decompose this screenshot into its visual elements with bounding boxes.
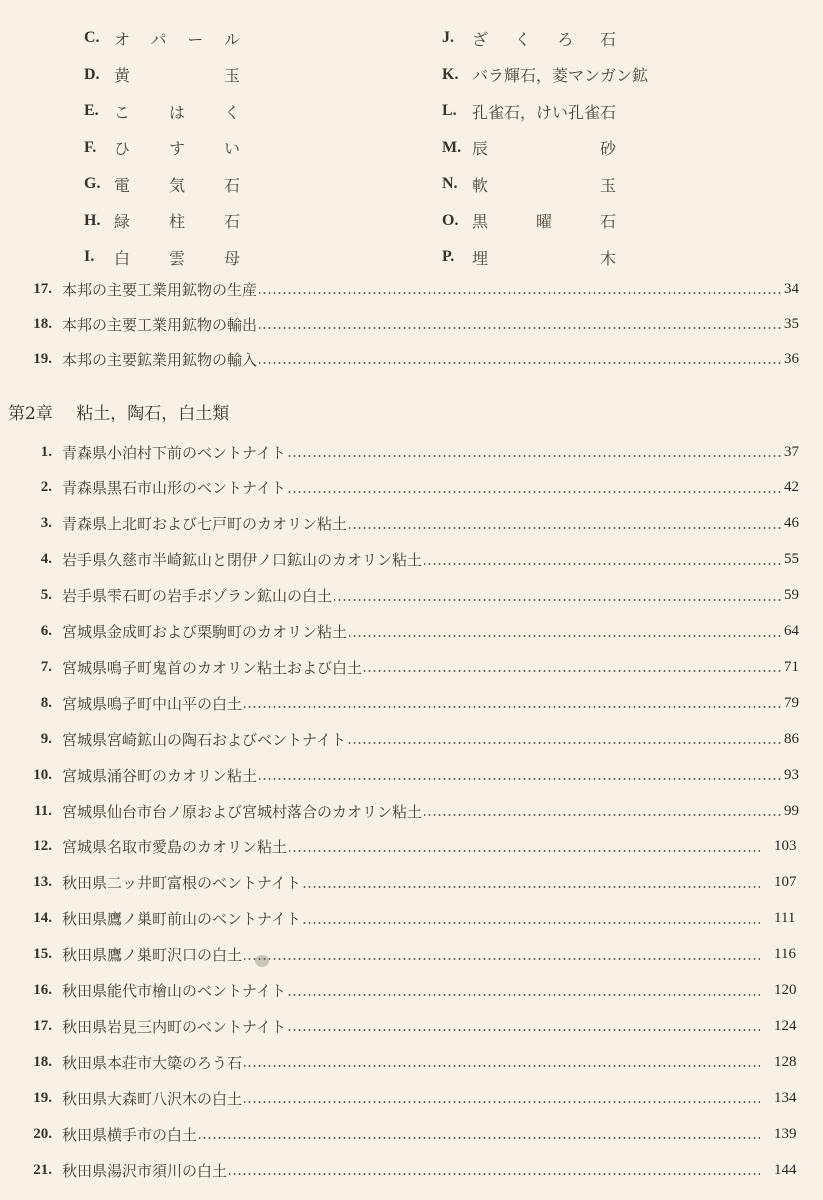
char: は bbox=[169, 100, 185, 123]
mineral-letter: C. bbox=[84, 29, 114, 47]
entry-page-number: 55 bbox=[782, 551, 799, 568]
toc-entry[interactable]: 20.秋田県横手市の白土139 bbox=[0, 1122, 823, 1146]
entry-title: 秋田県大森町八沢木の白土 bbox=[62, 1088, 244, 1109]
char: オ bbox=[114, 27, 130, 50]
toc-entry[interactable]: 13.秋田県二ッ井町富根のベントナイト107 bbox=[0, 871, 823, 895]
mineral-name: 緑 柱 石 bbox=[114, 209, 240, 232]
chapter-heading: 第2章 粘土，陶石，白土類 bbox=[8, 399, 229, 424]
mineral-item: D. 黄 玉 bbox=[84, 57, 240, 94]
entry-page-number: 116 bbox=[772, 946, 796, 963]
entry-number: 17. bbox=[33, 1018, 52, 1035]
toc-entry[interactable]: 2.青森県黒石市山形のベントナイト42 bbox=[0, 476, 823, 500]
mineral-letter: O. bbox=[442, 212, 472, 230]
char: 石 bbox=[600, 209, 616, 232]
entry-page-number: 37 bbox=[782, 444, 799, 461]
char: ひ bbox=[114, 136, 130, 159]
entry-title: 宮城県涌谷町のカオリン粘土 bbox=[62, 765, 259, 786]
mineral-item: C. オ パ ー ル bbox=[84, 20, 240, 57]
mineral-list-left: C. オ パ ー ル D. 黄 玉 E. こ は く F. bbox=[84, 20, 240, 276]
toc-entry[interactable]: 7.宮城県鳴子町鬼首のカオリン粘土および白土71 bbox=[0, 655, 823, 679]
toc-entry[interactable]: 10.宮城県涌谷町のカオリン粘土93 bbox=[0, 763, 823, 787]
entry-number: 13. bbox=[33, 874, 52, 891]
mineral-name: 白 雲 母 bbox=[114, 246, 240, 269]
chapter-label: 第2章 bbox=[8, 404, 53, 424]
entry-title: 本邦の主要工業用鉱物の生産 bbox=[62, 279, 259, 300]
char: 気 bbox=[169, 173, 185, 196]
mineral-letter: N. bbox=[442, 175, 472, 193]
mineral-item: I. 白 雲 母 bbox=[84, 239, 240, 276]
toc-entry[interactable]: 11.宮城県仙台市台ノ原および宮城村落合のカオリン粘土99 bbox=[0, 799, 823, 823]
entry-number: 10. bbox=[33, 767, 52, 784]
entry-title: 青森県上北町および七戸町のカオリン粘土 bbox=[62, 513, 349, 534]
mineral-letter: K. bbox=[442, 66, 472, 84]
char: 曜 bbox=[536, 209, 552, 232]
mineral-letter: L. bbox=[442, 102, 472, 120]
mineral-item: O. 黒 曜 石 bbox=[442, 203, 648, 240]
entry-page-number: 124 bbox=[772, 1018, 797, 1035]
entry-number: 19. bbox=[33, 1090, 52, 1107]
entry-page-number: 144 bbox=[772, 1162, 797, 1179]
entry-title: 岩手県久慈市半崎鉱山と閉伊ノ口鉱山のカオリン粘土 bbox=[62, 549, 424, 570]
toc-entry[interactable]: 1.青森県小泊村下前のベントナイト37 bbox=[0, 440, 823, 464]
toc-entry[interactable]: 14.秋田県鷹ノ巣町前山のベントナイト111 bbox=[0, 907, 823, 931]
char: 石 bbox=[600, 27, 616, 50]
char: 埋 bbox=[472, 246, 488, 269]
entry-page-number: 99 bbox=[782, 803, 799, 820]
entry-page-number: 107 bbox=[772, 874, 797, 891]
char: 母 bbox=[224, 246, 240, 269]
mineral-letter: E. bbox=[84, 102, 114, 120]
char: 白 bbox=[114, 246, 130, 269]
entry-title: 青森県小泊村下前のベントナイト bbox=[62, 442, 288, 463]
toc-entry[interactable]: 17.本邦の主要工業用鉱物の生産34 bbox=[0, 277, 823, 301]
entry-number: 6. bbox=[41, 623, 52, 640]
toc-entry[interactable]: 18.秋田県本荘市大簗のろう石128 bbox=[0, 1050, 823, 1074]
entry-page-number: 64 bbox=[782, 623, 799, 640]
mineral-name: ざ く ろ 石 bbox=[472, 27, 616, 50]
entry-number: 7. bbox=[41, 659, 52, 676]
mineral-name: 黒 曜 石 bbox=[472, 209, 616, 232]
chapter-title: 粘土，陶石，白土類 bbox=[76, 404, 229, 424]
entry-title: 秋田県鷹ノ巣町沢口の白土 bbox=[62, 944, 244, 965]
entry-number: 18. bbox=[33, 1054, 52, 1071]
entry-number: 11. bbox=[34, 803, 52, 820]
entry-title: 本邦の主要鉱業用鉱物の輸入 bbox=[62, 349, 259, 370]
entry-number: 18. bbox=[33, 316, 52, 333]
toc-entry[interactable]: 17.秋田県岩見三内町のベントナイト124 bbox=[0, 1014, 823, 1038]
entry-page-number: 103 bbox=[772, 838, 797, 855]
mineral-name: こ は く bbox=[114, 100, 240, 123]
entry-number: 8. bbox=[41, 695, 52, 712]
mineral-name: 軟 玉 bbox=[472, 173, 616, 196]
entry-number: 9. bbox=[41, 731, 52, 748]
entry-number: 17. bbox=[33, 281, 52, 298]
entry-title: 秋田県鷹ノ巣町前山のベントナイト bbox=[62, 908, 303, 929]
entry-page-number: 59 bbox=[782, 587, 799, 604]
toc-entry[interactable]: 8.宮城県鳴子町中山平の白土79 bbox=[0, 691, 823, 715]
toc-entry[interactable]: 15.秋田県鷹ノ巣町沢口の白土116 bbox=[0, 943, 823, 967]
entry-number: 14. bbox=[33, 910, 52, 927]
entry-page-number: 46 bbox=[782, 515, 799, 532]
entry-page-number: 71 bbox=[782, 659, 799, 676]
toc-entry[interactable]: 6.宮城県金成町および栗駒町のカオリン粘土64 bbox=[0, 620, 823, 644]
mineral-list-right: J. ざ く ろ 石 K. バラ輝石，菱マンガン鉱 L. 孔雀石，けい孔雀石 M… bbox=[442, 20, 648, 276]
toc-entry[interactable]: 16.秋田県能代市檜山のベントナイト120 bbox=[0, 979, 823, 1003]
toc-entry[interactable]: 5.岩手県雫石町の岩手ボゾラン鉱山の白土59 bbox=[0, 584, 823, 608]
char: 辰 bbox=[472, 136, 488, 159]
mineral-item: K. バラ輝石，菱マンガン鉱 bbox=[442, 57, 648, 94]
entry-title: 秋田県岩見三内町のベントナイト bbox=[62, 1016, 288, 1037]
char: ざ bbox=[472, 27, 488, 50]
entry-title: 秋田県横手市の白土 bbox=[62, 1124, 199, 1145]
toc-page: C. オ パ ー ル D. 黄 玉 E. こ は く F. bbox=[0, 0, 823, 1200]
toc-entry[interactable]: 3.青森県上北町および七戸町のカオリン粘土46 bbox=[0, 512, 823, 536]
char: 玉 bbox=[224, 63, 240, 86]
entry-title: 宮城県名取市愛島のカオリン粘土 bbox=[62, 836, 289, 857]
toc-entry[interactable]: 12.宮城県名取市愛島のカオリン粘土103 bbox=[0, 835, 823, 859]
entry-page-number: 128 bbox=[772, 1054, 797, 1071]
entry-title: 本邦の主要工業用鉱物の輸出 bbox=[62, 314, 259, 335]
entry-number: 12. bbox=[33, 838, 52, 855]
entry-page-number: 34 bbox=[782, 281, 799, 298]
char: 軟 bbox=[472, 173, 488, 196]
char: ー bbox=[187, 27, 203, 50]
char: い bbox=[224, 136, 240, 159]
entry-number: 19. bbox=[33, 351, 52, 368]
char: こ bbox=[114, 100, 130, 123]
entry-number: 1. bbox=[41, 444, 52, 461]
char: 石 bbox=[224, 209, 240, 232]
mineral-letter: F. bbox=[84, 139, 114, 157]
mineral-item: N. 軟 玉 bbox=[442, 166, 648, 203]
entry-title: 宮城県鳴子町中山平の白土 bbox=[62, 693, 244, 714]
entry-title: 秋田県本荘市大簗のろう石 bbox=[62, 1052, 244, 1073]
entry-number: 16. bbox=[33, 982, 52, 999]
toc-entry[interactable]: 19.秋田県大森町八沢木の白土134 bbox=[0, 1086, 823, 1110]
entry-title: 秋田県二ッ井町富根のベントナイト bbox=[62, 872, 303, 893]
mineral-item: E. こ は く bbox=[84, 93, 240, 130]
entry-page-number: 36 bbox=[782, 351, 799, 368]
entry-page-number: 79 bbox=[782, 695, 799, 712]
entry-title: 宮城県金成町および栗駒町のカオリン粘土 bbox=[62, 621, 349, 642]
entry-number: 2. bbox=[41, 479, 52, 496]
mineral-item: P. 埋 木 bbox=[442, 239, 648, 276]
toc-entry[interactable]: 19.本邦の主要鉱業用鉱物の輸入36 bbox=[0, 347, 823, 371]
mineral-letter: D. bbox=[84, 66, 114, 84]
entry-number: 21. bbox=[33, 1162, 52, 1179]
toc-entry[interactable]: 4.岩手県久慈市半崎鉱山と閉伊ノ口鉱山のカオリン粘土55 bbox=[0, 548, 823, 572]
mineral-letter: G. bbox=[84, 175, 114, 193]
entry-page-number: 139 bbox=[772, 1126, 797, 1143]
toc-entry[interactable]: 9.宮城県宮崎鉱山の陶石およびベントナイト86 bbox=[0, 727, 823, 751]
mineral-name: オ パ ー ル bbox=[114, 27, 240, 50]
entry-title: 宮城県仙台市台ノ原および宮城村落合のカオリン粘土 bbox=[62, 801, 424, 822]
char: パ bbox=[151, 27, 167, 50]
mineral-letter: I. bbox=[84, 248, 114, 266]
entry-title: 秋田県湯沢市須川の白土 bbox=[62, 1160, 229, 1181]
mineral-item: L. 孔雀石，けい孔雀石 bbox=[442, 93, 648, 130]
entry-page-number: 35 bbox=[782, 316, 799, 333]
char: 砂 bbox=[600, 136, 616, 159]
char: く bbox=[515, 27, 531, 50]
char: 玉 bbox=[600, 173, 616, 196]
char: 黄 bbox=[114, 63, 130, 86]
char: す bbox=[169, 136, 185, 159]
entry-number: 15. bbox=[33, 946, 52, 963]
mineral-letter: H. bbox=[84, 212, 114, 230]
mineral-item: M. 辰 砂 bbox=[442, 130, 648, 167]
mineral-name: バラ輝石，菱マンガン鉱 bbox=[472, 63, 648, 86]
entry-title: 青森県黒石市山形のベントナイト bbox=[62, 477, 288, 498]
char: 緑 bbox=[114, 209, 130, 232]
mineral-item: J. ざ く ろ 石 bbox=[442, 20, 648, 57]
entry-number: 3. bbox=[41, 515, 52, 532]
mineral-letter: M. bbox=[442, 139, 472, 157]
entry-page-number: 111 bbox=[772, 910, 795, 927]
entry-title: 秋田県能代市檜山のベントナイト bbox=[62, 980, 288, 1001]
char: 電 bbox=[114, 173, 130, 196]
entry-number: 4. bbox=[41, 551, 52, 568]
entry-number: 5. bbox=[41, 587, 52, 604]
char: 木 bbox=[600, 246, 616, 269]
entry-number: 20. bbox=[33, 1126, 52, 1143]
mineral-name: 辰 砂 bbox=[472, 136, 616, 159]
entry-title: 岩手県雫石町の岩手ボゾラン鉱山の白土 bbox=[62, 585, 334, 606]
entry-title: 宮城県鳴子町鬼首のカオリン粘土および白土 bbox=[62, 657, 364, 678]
char: 黒 bbox=[472, 209, 488, 232]
char: 雲 bbox=[169, 246, 185, 269]
toc-entry[interactable]: 21.秋田県湯沢市須川の白土144 bbox=[0, 1158, 823, 1182]
char: ろ bbox=[557, 27, 573, 50]
entry-page-number: 42 bbox=[782, 479, 799, 496]
mineral-letter: P. bbox=[442, 248, 472, 266]
mineral-name: 埋 木 bbox=[472, 246, 616, 269]
entry-page-number: 93 bbox=[782, 767, 799, 784]
entry-page-number: 134 bbox=[772, 1090, 797, 1107]
entry-title: 宮城県宮崎鉱山の陶石およびベントナイト bbox=[62, 729, 348, 750]
toc-entry[interactable]: 18.本邦の主要工業用鉱物の輸出35 bbox=[0, 312, 823, 336]
char: く bbox=[224, 100, 240, 123]
char: 石 bbox=[224, 173, 240, 196]
char: 柱 bbox=[169, 209, 185, 232]
mineral-name: ひ す い bbox=[114, 136, 240, 159]
entry-page-number: 120 bbox=[772, 982, 797, 999]
mineral-name: 黄 玉 bbox=[114, 63, 240, 86]
mineral-item: F. ひ す い bbox=[84, 130, 240, 167]
mineral-name: 電 気 石 bbox=[114, 173, 240, 196]
mineral-letter: J. bbox=[442, 29, 472, 47]
mineral-item: G. 電 気 石 bbox=[84, 166, 240, 203]
char: ル bbox=[224, 27, 240, 50]
mineral-name: 孔雀石，けい孔雀石 bbox=[472, 100, 616, 123]
entry-page-number: 86 bbox=[782, 731, 799, 748]
mineral-item: H. 緑 柱 石 bbox=[84, 203, 240, 240]
